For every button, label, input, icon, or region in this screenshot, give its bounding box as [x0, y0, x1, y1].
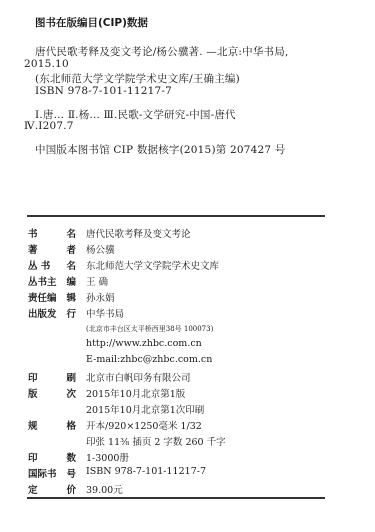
cip-entry-date: 2015.10 [24, 58, 69, 70]
cip-entry-title: 唐代民歌考释及变文考论/杨公骥著. —北京:中华书局, [35, 44, 289, 59]
colophon-row-series: 丛 书名东北师范大学文学院学术史文库 [28, 258, 219, 272]
cip-title: 图书在版编目(CIP)数据 [35, 15, 148, 30]
bottom-divider [27, 497, 325, 499]
colophon-row-isbn: 国际书号ISBN 978-7-101-11217-7 [28, 466, 206, 480]
publisher-email[interactable]: E-mail:zhbc@zhbc.com.cn [86, 354, 212, 365]
printing-info: 2015年10月北京第1次印刷 [86, 402, 204, 416]
cip-verification-number: 中国版本图书馆 CIP 数据核字(2015)第 207427 号 [35, 142, 286, 157]
cip-entry-series: (东北师范大学文学院学术史文库/王确主编) [35, 71, 240, 86]
specs-extra: 印张 11⅜ 插页 2 字数 260 千字 [86, 434, 226, 448]
colophon-row-title: 书名唐代民歌考释及变文考论 [28, 226, 191, 240]
colophon-row-printer: 印刷北京市白帆印务有限公司 [28, 370, 191, 384]
colophon-row-responsible-editor: 责任编辑孙永娟 [28, 290, 115, 304]
colophon-row-author: 著者杨公骥 [28, 242, 115, 256]
colophon-row-edition: 版次2015年10月北京第1版 [28, 386, 185, 400]
colophon-row-publisher: 出版发行中华书局 [28, 306, 124, 320]
colophon-row-format: 规格开本/920×1250毫米 1/32 [28, 418, 202, 432]
cip-entry-classification: Ⅳ.I207.7 [24, 120, 74, 132]
colophon-row-price: 定价39.00元 [28, 482, 123, 496]
top-divider [27, 215, 325, 217]
publisher-address: (北京市丰台区太平桥西里38号 100073) [86, 324, 213, 334]
colophon-row-series-editor: 丛书主编王 确 [28, 274, 108, 288]
publisher-url[interactable]: http://www.zhbc.com.cn [86, 338, 202, 349]
colophon-row-print-run: 印数1-3000册 [28, 450, 129, 464]
cip-entry-isbn: ISBN 978-7-101-11217-7 [35, 85, 172, 97]
